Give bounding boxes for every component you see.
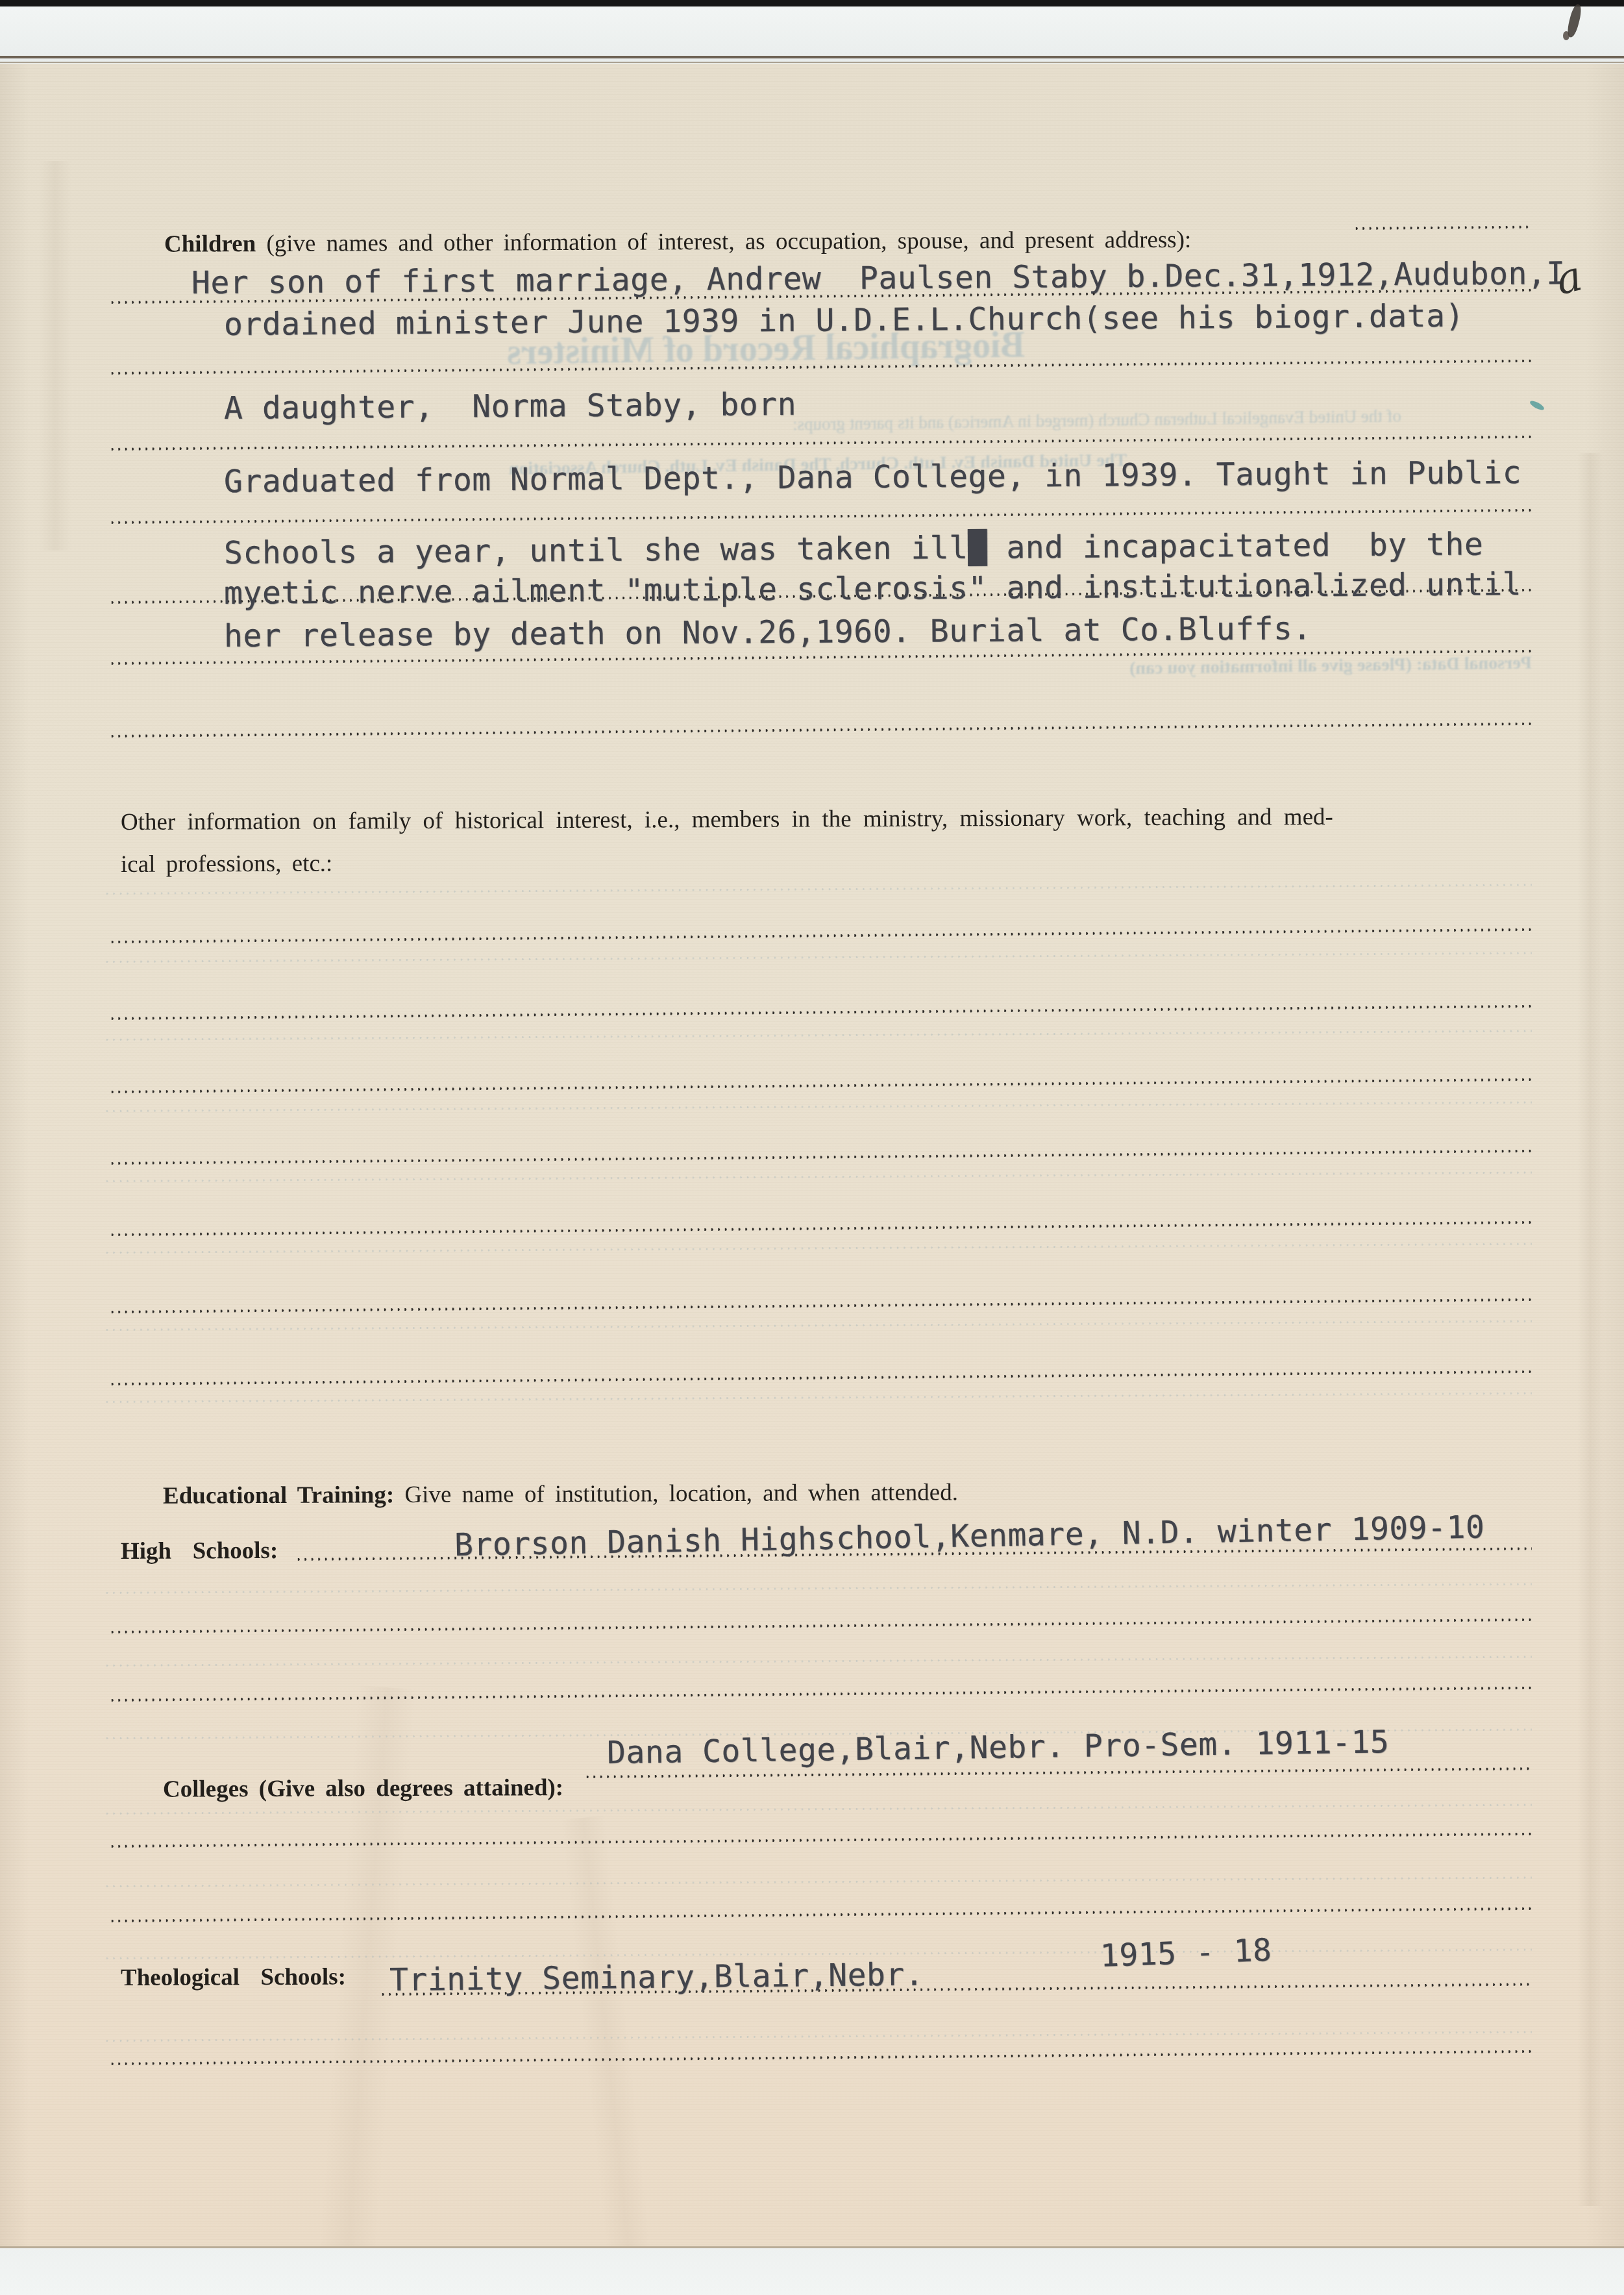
scanner-top-strip xyxy=(0,0,1624,6)
scanner-bed-top xyxy=(0,6,1624,64)
high-schools-label: High Schools: xyxy=(121,1537,278,1565)
children-label-bold: Children xyxy=(164,230,256,258)
typed-entry-line: A daughter, Norma Staby, born xyxy=(224,386,796,427)
children-label-rest: (give names and other information of int… xyxy=(256,227,1202,257)
colleges-label-text: Colleges (Give also degrees attained): xyxy=(163,1774,563,1803)
scanned-form-page: Biographical Record of Ministers of the … xyxy=(0,0,1624,2295)
scanner-bed-bottom xyxy=(0,2248,1624,2295)
other-info-label-line2: ical professions, etc.: xyxy=(121,850,333,878)
other-info-label-line1: Other information on family of historica… xyxy=(121,803,1333,836)
education-heading-rest: Give name of institution, location, and … xyxy=(394,1479,958,1508)
colleges-label: Colleges (Give also degrees attained): xyxy=(121,1746,564,1831)
typed-entry-line: her release by death on Nov.26,1960. Bur… xyxy=(224,610,1312,654)
theological-label: Theological Schools: xyxy=(121,1963,346,1992)
theological-dates: 1915 - 18 xyxy=(1100,1932,1272,1974)
theological-value: Trinity Seminary,Blair,Nebr. xyxy=(389,1956,924,1998)
education-heading-bold: Educational Training: xyxy=(163,1482,394,1509)
